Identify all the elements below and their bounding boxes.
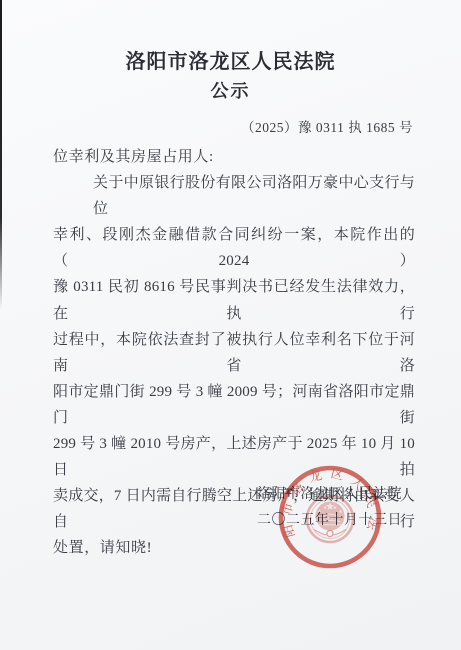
- doc-type-title: 公示: [0, 80, 461, 102]
- body-line: 豫 0311 民初 8616 号民事判决书已经发生法律效力，在执行: [53, 274, 415, 326]
- body-line: 过程中，本院依法查封了被执行人位幸利名下位于河南省洛: [53, 327, 415, 379]
- body-line: 阳市定鼎门街 299 号 3 幢 2009 号；河南省洛阳市定鼎门街: [53, 379, 415, 431]
- scan-edge-artifact: [0, 0, 2, 310]
- salutation-line: 位幸利及其房屋占用人:: [53, 144, 415, 170]
- court-name-title: 洛阳市洛龙区人民法院: [0, 51, 461, 74]
- body-line: 关于中原银行股份有限公司洛阳万豪中心支行与位: [53, 170, 415, 222]
- case-number: （2025）豫 0311 执 1685 号: [241, 120, 413, 136]
- document-page: 洛阳市洛龙区人民法院 公示 （2025）豫 0311 执 1685 号 位幸利及…: [0, 0, 461, 650]
- national-emblem-icon: [307, 496, 353, 542]
- body-line: 幸利、段刚杰金融借款合同纠纷一案，本院作出的（2024）: [53, 222, 415, 274]
- official-seal: 洛阳市洛龙区人民法院: [277, 464, 383, 570]
